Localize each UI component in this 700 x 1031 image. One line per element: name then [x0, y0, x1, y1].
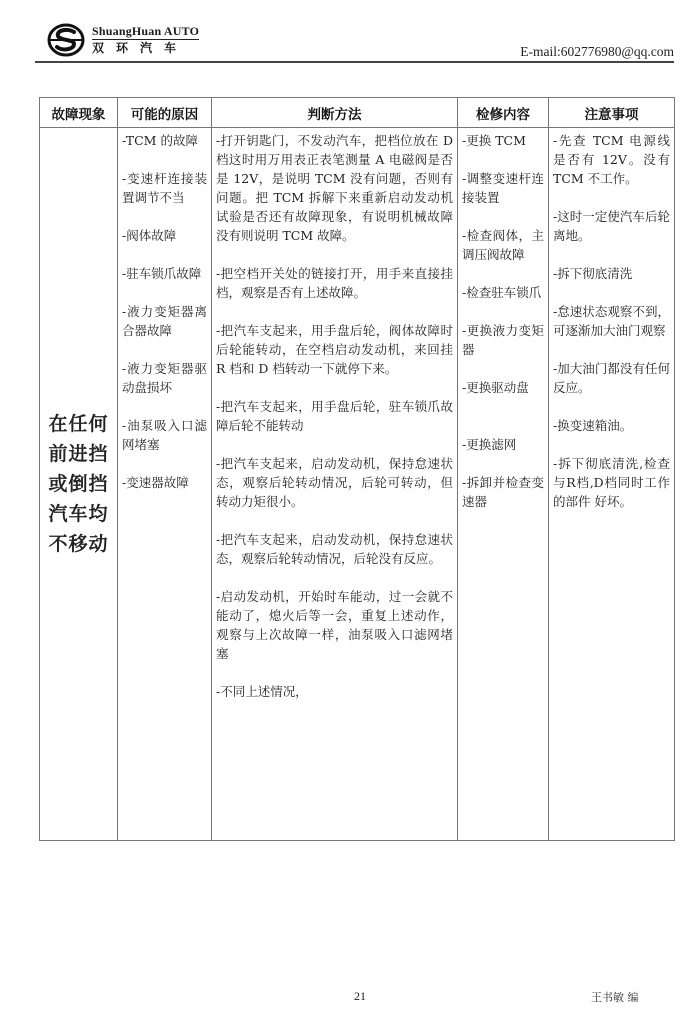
- note-item: -先查 TCM 电源线是否有 12V。没有 TCM 不工作。: [553, 131, 670, 188]
- repair-item: -拆卸并检查变速器: [462, 473, 544, 511]
- cause-item: -驻车锁爪故障: [122, 264, 207, 283]
- causes-cell: -TCM 的故障 -变速杆连接装置调节不当 -阀体故障 -驻车锁爪故障 -液力变…: [118, 128, 212, 841]
- logo-chinese-name: 双环汽车: [92, 40, 199, 56]
- logo-english-name: ShuangHuan AUTO: [92, 24, 199, 40]
- column-header-notes: 注意事项: [549, 98, 675, 128]
- fault-diagnosis-table: 故障现象 可能的原因 判断方法 检修内容 注意事项 在任何前进挡或倒挡汽车均不移…: [39, 97, 675, 841]
- note-item: -这时一定使汽车后轮离地。: [553, 207, 670, 245]
- repair-item: -检查驻车锁爪: [462, 283, 544, 302]
- author-credit: 王书敏 编: [591, 989, 639, 1005]
- page-header: ShuangHuan AUTO 双环汽车 E-mail:602776980@qq…: [46, 22, 674, 60]
- note-item: -怠速状态观察不到，可逐渐加大油门观察: [553, 302, 670, 340]
- note-item: -加大油门都没有任何反应。: [553, 359, 670, 397]
- header-divider: [35, 61, 674, 63]
- shuanghuan-logo-icon: [46, 22, 86, 58]
- repair-item: -检查阀体，主调压阀故障: [462, 226, 544, 264]
- method-item: -把空档开关处的链接打开，用手来直接挂档，观察是否有上述故障。: [216, 264, 453, 302]
- method-item: -把汽车支起来，启动发动机，保持怠速状态，观察后轮转动情况，后轮可转动，但转动力…: [216, 454, 453, 511]
- table-row: 在任何前进挡或倒挡汽车均不移动 -TCM 的故障 -变速杆连接装置调节不当 -阀…: [40, 128, 675, 841]
- column-header-causes: 可能的原因: [118, 98, 212, 128]
- methods-cell: -打开钥匙门，不发动汽车，把档位放在 D 档这时用万用表正表笔测量 A 电磁阀是…: [212, 128, 458, 841]
- repair-item: -更换驱动盘: [462, 378, 544, 397]
- repair-item: -更换滤网: [462, 435, 544, 454]
- symptom-text: 在任何前进挡或倒挡汽车均不移动: [49, 409, 109, 559]
- column-header-method: 判断方法: [212, 98, 458, 128]
- note-item: -换变速箱油。: [553, 416, 670, 435]
- cause-item: -液力变矩器离合器故障: [122, 302, 207, 340]
- method-item: -打开钥匙门，不发动汽车，把档位放在 D 档这时用万用表正表笔测量 A 电磁阀是…: [216, 131, 453, 245]
- method-item: -把汽车支起来，用手盘后轮，阀体故障时后轮能转动，在空档启动发动机，来回挂 R …: [216, 321, 453, 378]
- symptom-cell: 在任何前进挡或倒挡汽车均不移动: [40, 128, 118, 841]
- method-item: -启动发动机，开始时车能动，过一会就不能动了，熄火后等一会，重复上述动作，观察与…: [216, 587, 453, 663]
- column-header-symptom: 故障现象: [40, 98, 118, 128]
- note-item: -拆下彻底清洗: [553, 264, 670, 283]
- cause-item: -变速杆连接装置调节不当: [122, 169, 207, 207]
- cause-item: -阀体故障: [122, 226, 207, 245]
- repair-item: -调整变速杆连接装置: [462, 169, 544, 207]
- cause-item: -油泵吸入口滤网堵塞: [122, 416, 207, 454]
- page-number: 21: [354, 989, 366, 1004]
- method-item: -不同上述情况，: [216, 682, 453, 701]
- column-header-repair: 检修内容: [458, 98, 549, 128]
- repair-item: -更换 TCM: [462, 131, 544, 150]
- brand-logo: ShuangHuan AUTO 双环汽车: [46, 22, 199, 58]
- cause-item: -TCM 的故障: [122, 131, 207, 150]
- cause-item: -液力变矩器驱动盘损坏: [122, 359, 207, 397]
- cause-item: -变速器故障: [122, 473, 207, 492]
- table-header-row: 故障现象 可能的原因 判断方法 检修内容 注意事项: [40, 98, 675, 128]
- repairs-cell: -更换 TCM -调整变速杆连接装置 -检查阀体，主调压阀故障 -检查驻车锁爪 …: [458, 128, 549, 841]
- method-item: -把汽车支起来，用手盘后轮，驻车锁爪故障后轮不能转动: [216, 397, 453, 435]
- contact-email: E-mail:602776980@qq.com: [520, 44, 674, 60]
- method-item: -把汽车支起来，启动发动机，保持怠速状态，观察后轮转动情况，后轮没有反应。: [216, 530, 453, 568]
- note-item: -拆下彻底清洗,检查与R档,D档同时工作的部件 好坏。: [553, 454, 670, 511]
- repair-item: -更换液力变矩器: [462, 321, 544, 359]
- notes-cell: -先查 TCM 电源线是否有 12V。没有 TCM 不工作。 -这时一定使汽车后…: [549, 128, 675, 841]
